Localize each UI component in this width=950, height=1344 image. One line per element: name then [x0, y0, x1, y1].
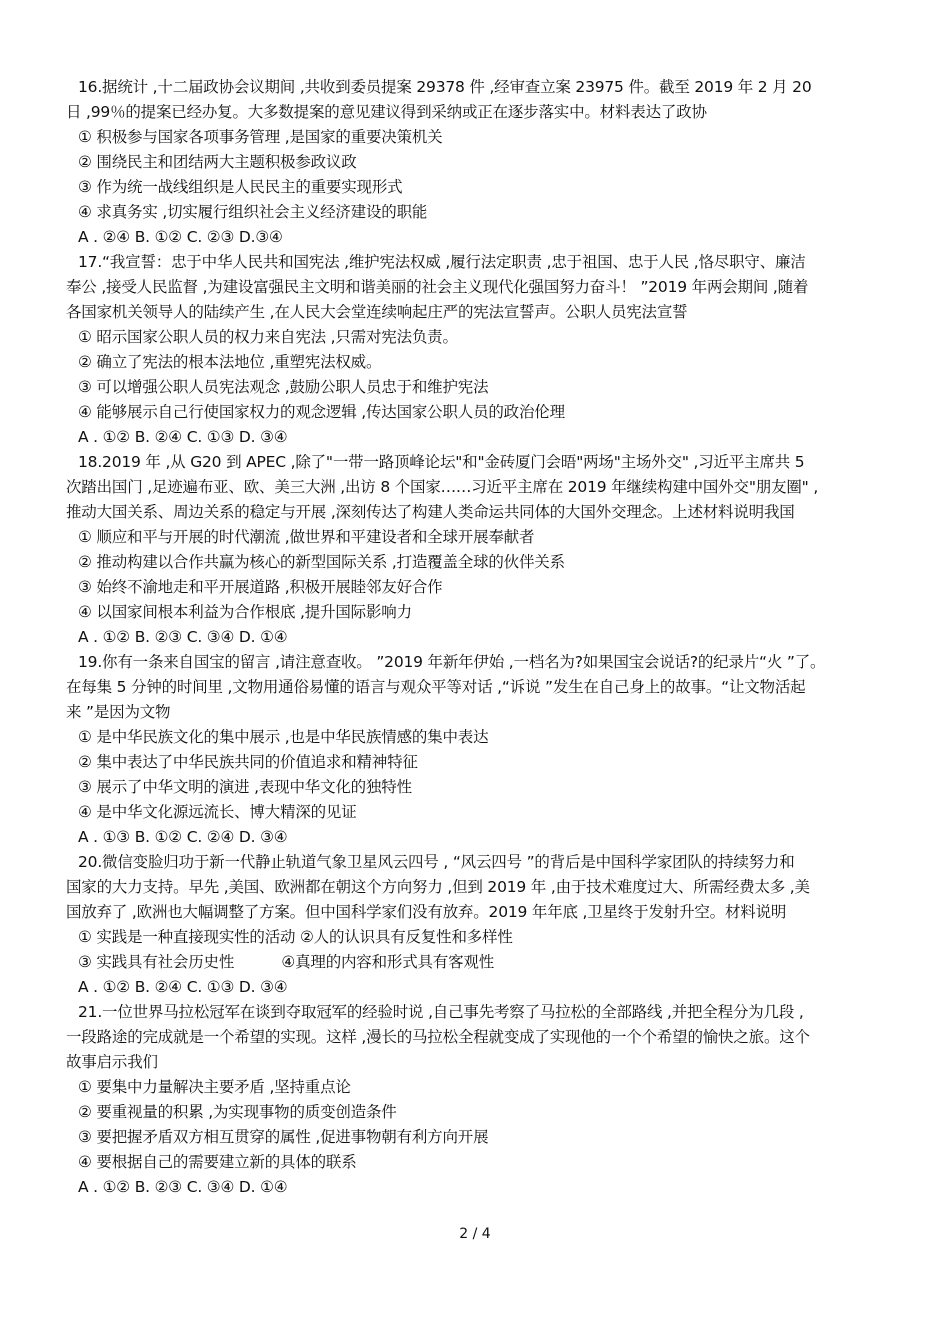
option-4: ④ 求真务实 ,切实履行组织社会主义经济建设的职能 [66, 200, 886, 225]
option-4: ④ 要根据自己的需要建立新的具体的联系 [66, 1150, 886, 1175]
option-1: ① 积极参与国家各项事务管理 ,是国家的重要决策机关 [66, 125, 886, 150]
option-row-1: ① 实践是一种直接现实性的活动 ②人的认识具有反复性和多样性 [66, 925, 886, 950]
question-17: 17.“我宣誓：忠于中华人民共和国宪法 ,维护宪法权威 ,履行法定职责 ,忠于祖… [66, 250, 886, 450]
answer-choices: A . ①③ B. ①② C. ②④ D. ③④ [66, 825, 886, 850]
question-stem: 20.微信变脸归功于新一代静止轨道气象卫星风云四号 , “风云四号 ”的背后是中… [66, 850, 886, 875]
question-18: 18.2019 年 ,从 G20 到 APEC ,除了"一带一路顶峰论坛"和"金… [66, 450, 886, 650]
question-stem: 次踏出国门 ,足迹遍布亚、欧、美三大洲 ,出访 8 个国家……习近平主席在 20… [66, 475, 886, 500]
answer-choices: A . ①② B. ②④ C. ①③ D. ③④ [66, 425, 886, 450]
option-2: ② 确立了宪法的根本法地位 ,重塑宪法权威。 [66, 350, 886, 375]
option-row-2: ③ 实践具有社会历史性 ④真理的内容和形式具有客观性 [66, 950, 886, 975]
option-2: ② 围绕民主和团结两大主题积极参政议政 [66, 150, 886, 175]
question-stem: 来 ”是因为文物 [66, 700, 886, 725]
option-3: ③ 要把握矛盾双方相互贯穿的属性 ,促进事物朝有利方向开展 [66, 1125, 886, 1150]
question-16: 16.据统计 ,十二届政协会议期间 ,共收到委员提案 29378 件 ,经审查立… [66, 75, 886, 250]
question-20: 20.微信变脸归功于新一代静止轨道气象卫星风云四号 , “风云四号 ”的背后是中… [66, 850, 886, 1000]
question-stem: 一段路途的完成就是一个希望的实现。这样 ,漫长的马拉松全程就变成了实现他的一个个… [66, 1025, 886, 1050]
option-4: ④ 以国家间根本利益为合作根底 ,提升国际影响力 [66, 600, 886, 625]
question-stem: 各国家机关领导人的陆续产生 ,在人民大会堂连续响起庄严的宪法宣誓声。公职人员宪法… [66, 300, 886, 325]
option-1: ① 顺应和平与开展的时代潮流 ,做世界和平建设者和全球开展奉献者 [66, 525, 886, 550]
document-page: 16.据统计 ,十二届政协会议期间 ,共收到委员提案 29378 件 ,经审查立… [66, 75, 886, 1200]
question-stem: 17.“我宣誓：忠于中华人民共和国宪法 ,维护宪法权威 ,履行法定职责 ,忠于祖… [66, 250, 886, 275]
question-stem: 21.一位世界马拉松冠军在谈到夺取冠军的经验时说 ,自己事先考察了马拉松的全部路… [66, 1000, 886, 1025]
option-2: ② 集中表达了中华民族共同的价值追求和精神特征 [66, 750, 886, 775]
option-1: ① 要集中力量解决主要矛盾 ,坚持重点论 [66, 1075, 886, 1100]
question-stem: 19.你有一条来自国宝的留言 ,请注意查收。 ”2019 年新年伊始 ,一档名为… [66, 650, 886, 675]
question-stem: 国家的大力支持。早先 ,美国、欧洲都在朝这个方向努力 ,但到 2019 年 ,由… [66, 875, 886, 900]
answer-choices: A . ①② B. ②③ C. ③④ D. ①④ [66, 1175, 886, 1200]
question-stem: 推动大国关系、周边关系的稳定与开展 ,深刻传达了构建人类命运共同体的大国外交理念… [66, 500, 886, 525]
page-number: 2 / 4 [0, 1226, 950, 1242]
answer-choices: A . ①② B. ②③ C. ③④ D. ①④ [66, 625, 886, 650]
question-stem: 奉公 ,接受人民监督 ,为建设富强民主文明和谐美丽的社会主义现代化强国努力奋斗！… [66, 275, 886, 300]
question-stem: 在每集 5 分钟的时间里 ,文物用通俗易懂的语言与观众平等对话 ,“诉说 ”发生… [66, 675, 886, 700]
answer-choices: A . ②④ B. ①② C. ②③ D.③④ [66, 225, 886, 250]
option-3: ③ 始终不渝地走和平开展道路 ,积极开展睦邻友好合作 [66, 575, 886, 600]
question-stem: 18.2019 年 ,从 G20 到 APEC ,除了"一带一路顶峰论坛"和"金… [66, 450, 886, 475]
option-3: ③ 展示了中华文明的演进 ,表现中华文化的独特性 [66, 775, 886, 800]
option-3: ③ 作为统一战线组织是人民民主的重要实现形式 [66, 175, 886, 200]
question-stem: 故事启示我们 [66, 1050, 886, 1075]
question-stem: 日 ,99％的提案已经办复。大多数提案的意见建议得到采纳或正在逐步落实中。材料表… [66, 100, 886, 125]
option-1: ① 是中华民族文化的集中展示 ,也是中华民族情感的集中表达 [66, 725, 886, 750]
question-stem: 16.据统计 ,十二届政协会议期间 ,共收到委员提案 29378 件 ,经审查立… [66, 75, 886, 100]
option-2: ② 推动构建以合作共赢为核心的新型国际关系 ,打造覆盖全球的伙伴关系 [66, 550, 886, 575]
option-2: ② 要重视量的积累 ,为实现事物的质变创造条件 [66, 1100, 886, 1125]
option-3: ③ 可以增强公职人员宪法观念 ,鼓励公职人员忠于和维护宪法 [66, 375, 886, 400]
answer-choices: A . ①② B. ②④ C. ①③ D. ③④ [66, 975, 886, 1000]
option-1: ① 昭示国家公职人员的权力来自宪法 ,只需对宪法负责。 [66, 325, 886, 350]
option-4: ④ 能够展示自己行使国家权力的观念逻辑 ,传达国家公职人员的政治伦理 [66, 400, 886, 425]
question-21: 21.一位世界马拉松冠军在谈到夺取冠军的经验时说 ,自己事先考察了马拉松的全部路… [66, 1000, 886, 1200]
question-19: 19.你有一条来自国宝的留言 ,请注意查收。 ”2019 年新年伊始 ,一档名为… [66, 650, 886, 850]
option-4: ④ 是中华文化源远流长、博大精深的见证 [66, 800, 886, 825]
question-stem: 国放弃了 ,欧洲也大幅调整了方案。但中国科学家们没有放弃。2019 年年底 ,卫… [66, 900, 886, 925]
